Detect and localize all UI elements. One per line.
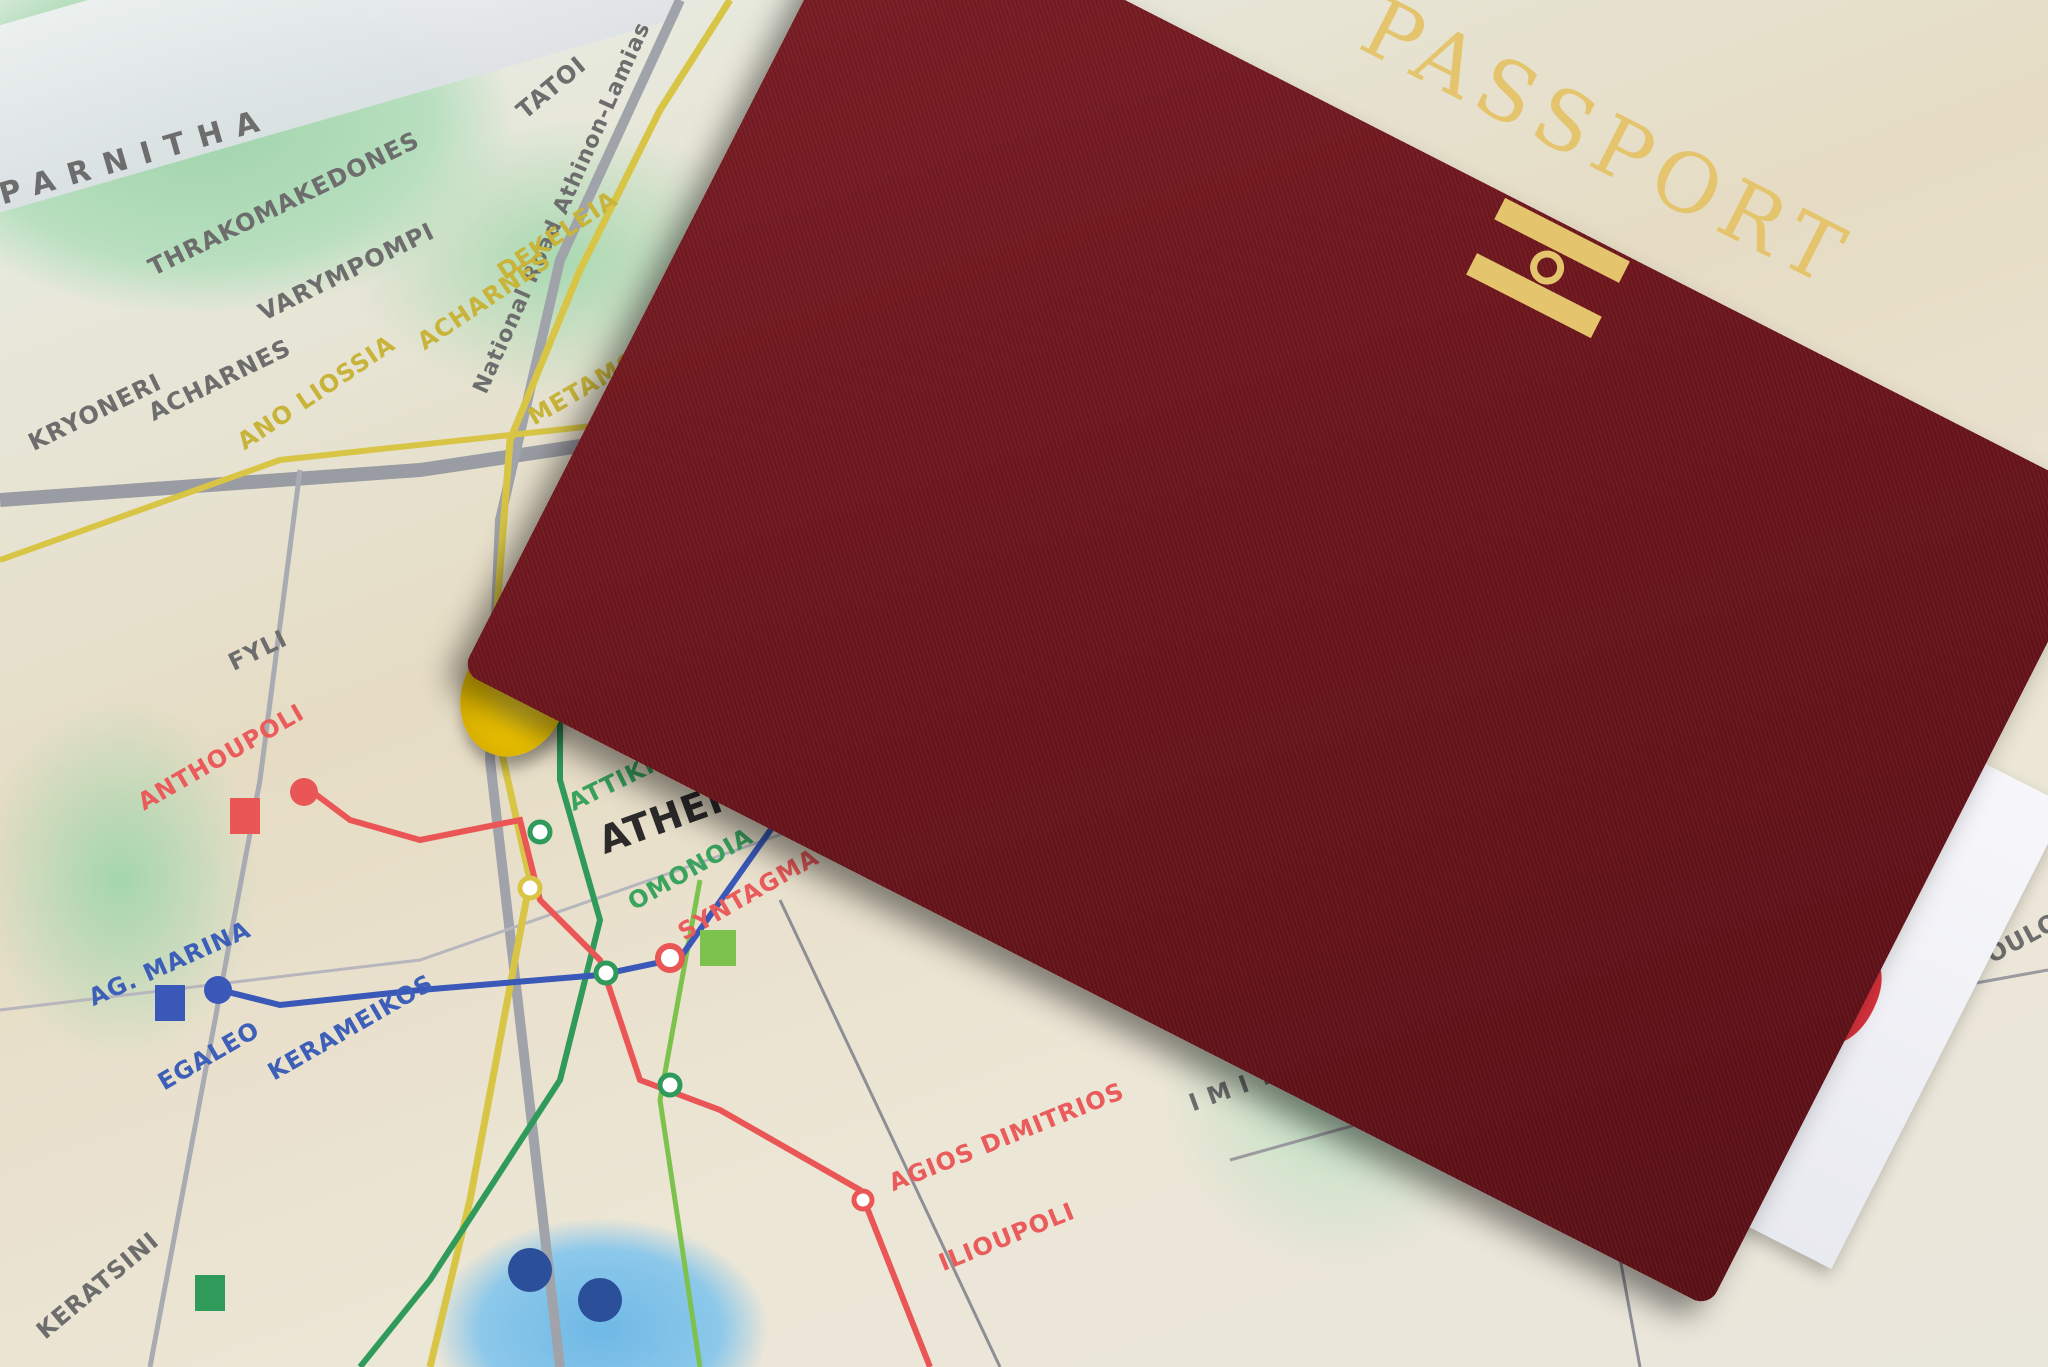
photo-scene: PARNITHA ATHENS FYLI PETROUPOLI THRAKOMA…	[0, 0, 2048, 1367]
